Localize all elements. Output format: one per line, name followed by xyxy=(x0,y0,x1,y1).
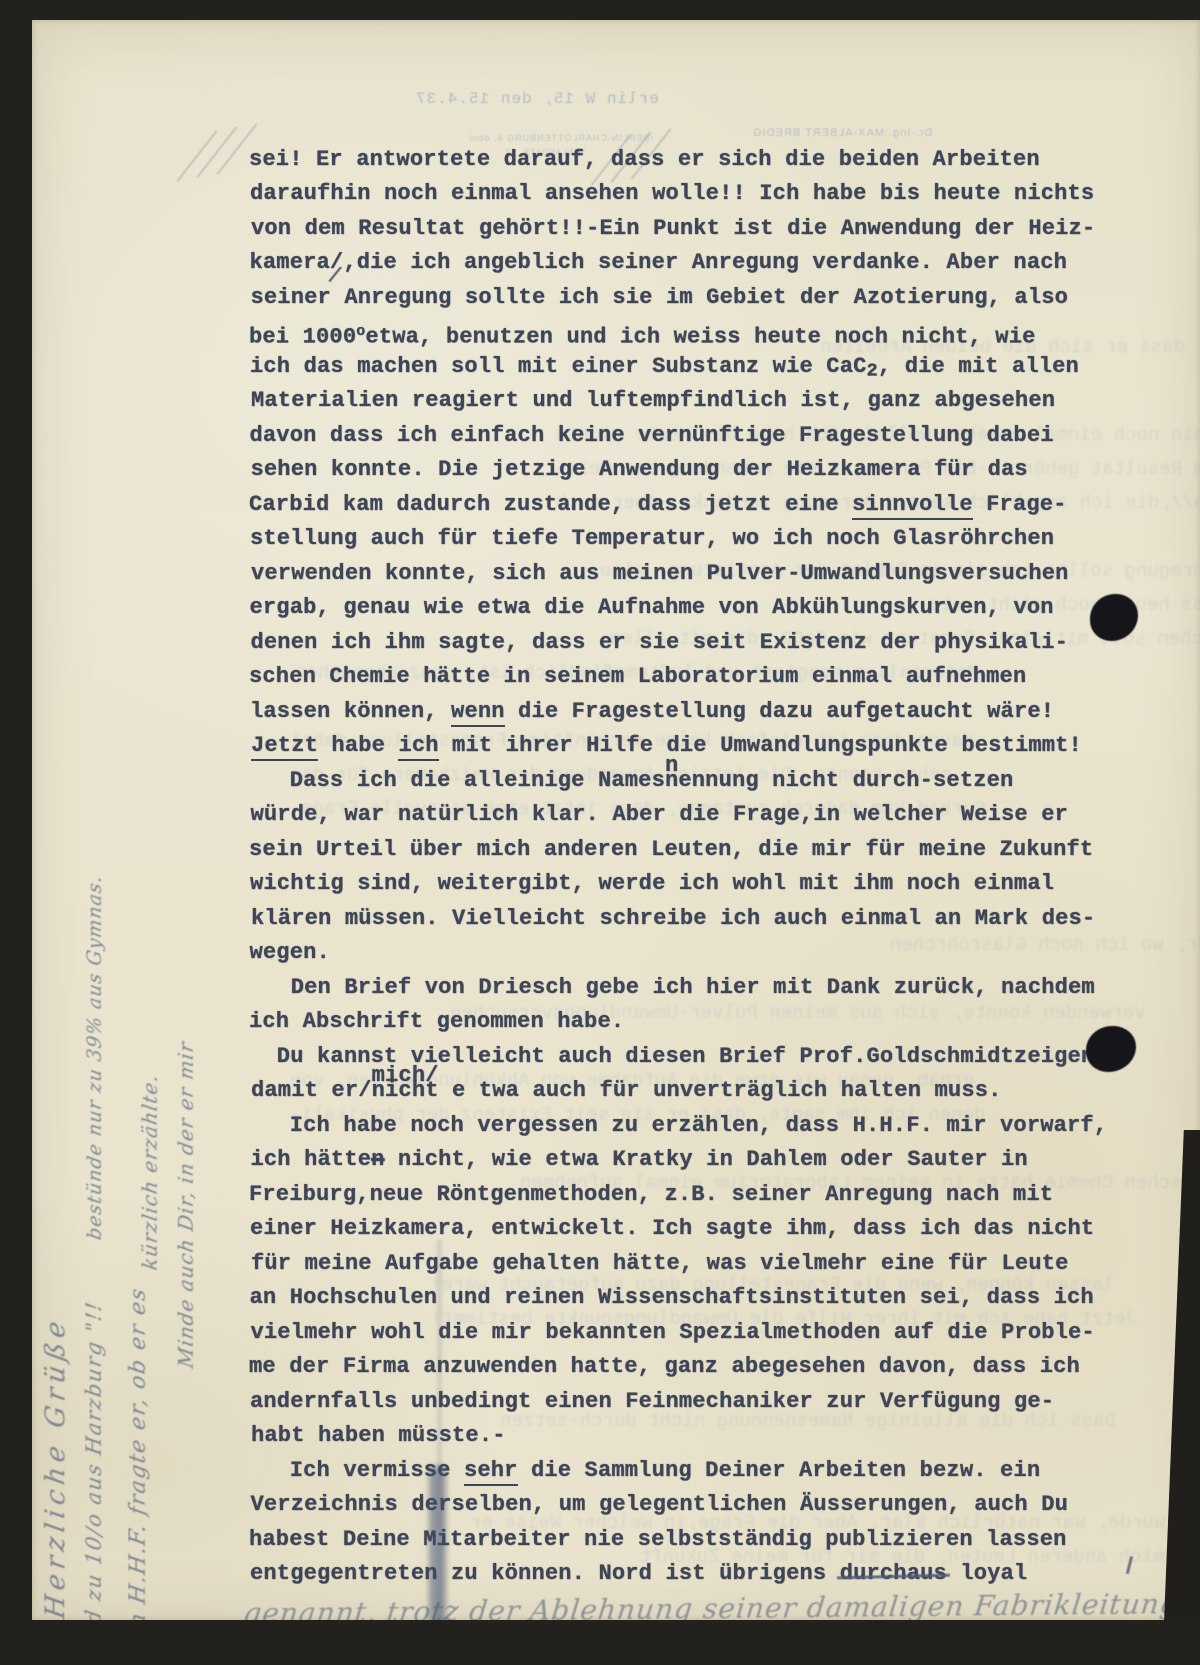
letter-paper xyxy=(32,20,1200,1620)
scanned-letter-photo: sei! Er antwortete darauf, dass er sich … xyxy=(0,0,1200,1665)
photo-frame-top xyxy=(0,0,1200,20)
photo-frame-left xyxy=(0,0,32,1665)
photo-frame-bottom xyxy=(0,1620,1200,1665)
